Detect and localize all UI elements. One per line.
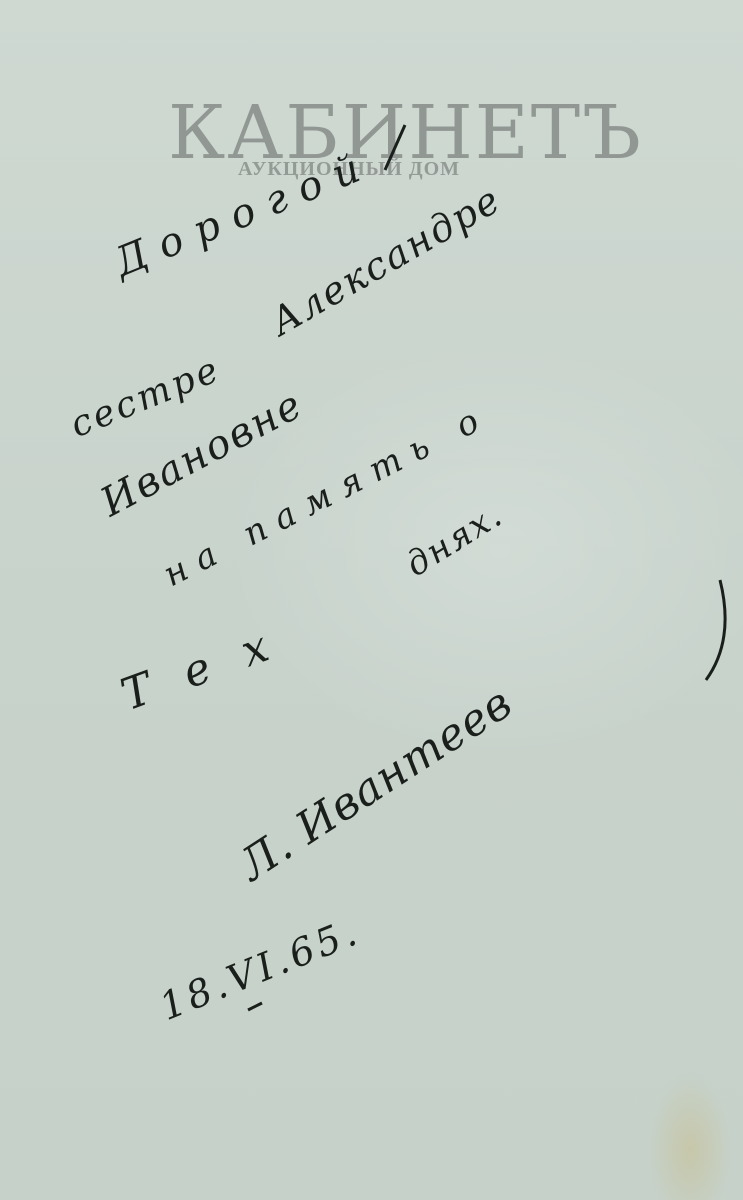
pen-mark	[385, 125, 405, 170]
date-underline	[248, 1003, 262, 1010]
scanned-page: КАБИНЕТЪ АУКЦИОННЫЙ ДОМ Дорогой Александ…	[0, 0, 743, 1200]
signature-flourish	[706, 580, 725, 680]
pen-strokes	[0, 0, 743, 1200]
